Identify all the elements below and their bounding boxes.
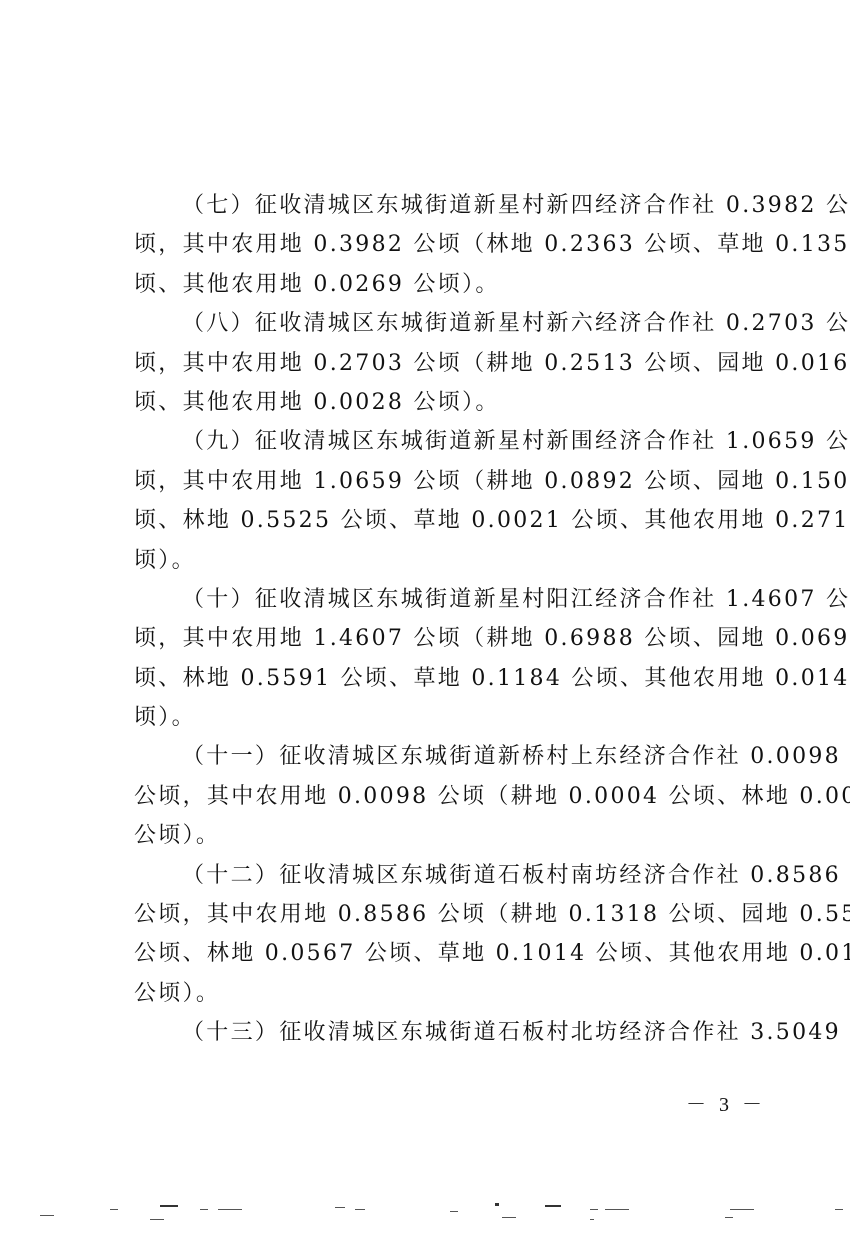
text-line: （十三）征收清城区东城街道石板村北坊经济合作社 3.5049	[134, 1013, 734, 1052]
paragraph-13: （十三）征收清城区东城街道石板村北坊经济合作社 3.5049	[134, 1013, 734, 1052]
text-line: （八）征收清城区东城街道新星村新六经济合作社 0.2703 公	[134, 304, 734, 343]
text-line: 公顷，其中农用地 0.8586 公顷（耕地 0.1318 公顷、园地 0.555…	[134, 895, 734, 934]
text-line: 公顷、林地 0.0567 公顷、草地 0.1014 公顷、其他农用地 0.012…	[134, 934, 734, 973]
text-line: 顷、林地 0.5525 公顷、草地 0.0021 公顷、其他农用地 0.2716…	[134, 501, 734, 540]
paragraph-9: （九）征收清城区东城街道新星村新围经济合作社 1.0659 公 顷，其中农用地 …	[134, 422, 734, 580]
document-body: （七）征收清城区东城街道新星村新四经济合作社 0.3982 公 顷，其中农用地 …	[134, 186, 734, 1053]
paragraph-8: （八）征收清城区东城街道新星村新六经济合作社 0.2703 公 顷，其中农用地 …	[134, 304, 734, 422]
text-line: （九）征收清城区东城街道新星村新围经济合作社 1.0659 公	[134, 422, 734, 461]
paragraph-10: （十）征收清城区东城街道新星村阳江经济合作社 1.4607 公 顷，其中农用地 …	[134, 580, 734, 738]
paragraph-12: （十二）征收清城区东城街道石板村南坊经济合作社 0.8586 公顷，其中农用地 …	[134, 856, 734, 1014]
document-page: （七）征收清城区东城街道新星村新四经济合作社 0.3982 公 顷，其中农用地 …	[0, 0, 850, 1237]
text-line: 顷，其中农用地 0.2703 公顷（耕地 0.2513 公顷、园地 0.0162…	[134, 344, 734, 383]
text-line: （七）征收清城区东城街道新星村新四经济合作社 0.3982 公	[134, 186, 734, 225]
text-line: 公顷）。	[134, 816, 734, 855]
paragraph-7: （七）征收清城区东城街道新星村新四经济合作社 0.3982 公 顷，其中农用地 …	[134, 186, 734, 304]
text-line: 顷）。	[134, 541, 734, 580]
text-line: 顷，其中农用地 0.3982 公顷（林地 0.2363 公顷、草地 0.1350…	[134, 225, 734, 264]
paragraph-11: （十一）征收清城区东城街道新桥村上东经济合作社 0.0098 公顷，其中农用地 …	[134, 737, 734, 855]
text-line: 顷，其中农用地 1.4607 公顷（耕地 0.6988 公顷、园地 0.0695…	[134, 619, 734, 658]
text-line: 顷、林地 0.5591 公顷、草地 0.1184 公顷、其他农用地 0.0149…	[134, 659, 734, 698]
text-line: （十一）征收清城区东城街道新桥村上东经济合作社 0.0098	[134, 737, 734, 776]
text-line: （十）征收清城区东城街道新星村阳江经济合作社 1.4607 公	[134, 580, 734, 619]
page-number: － 3 －	[686, 1088, 766, 1117]
text-line: 顷，其中农用地 1.0659 公顷（耕地 0.0892 公顷、园地 0.1505…	[134, 462, 734, 501]
text-line: 顷、其他农用地 0.0028 公顷）。	[134, 383, 734, 422]
text-line: 公顷）。	[134, 974, 734, 1013]
text-line: 顷、其他农用地 0.0269 公顷）。	[134, 265, 734, 304]
text-line: 顷）。	[134, 698, 734, 737]
scan-noise-strip	[0, 1205, 850, 1237]
text-line: 公顷，其中农用地 0.0098 公顷（耕地 0.0004 公顷、林地 0.009…	[134, 777, 734, 816]
text-line: （十二）征收清城区东城街道石板村南坊经济合作社 0.8586	[134, 856, 734, 895]
